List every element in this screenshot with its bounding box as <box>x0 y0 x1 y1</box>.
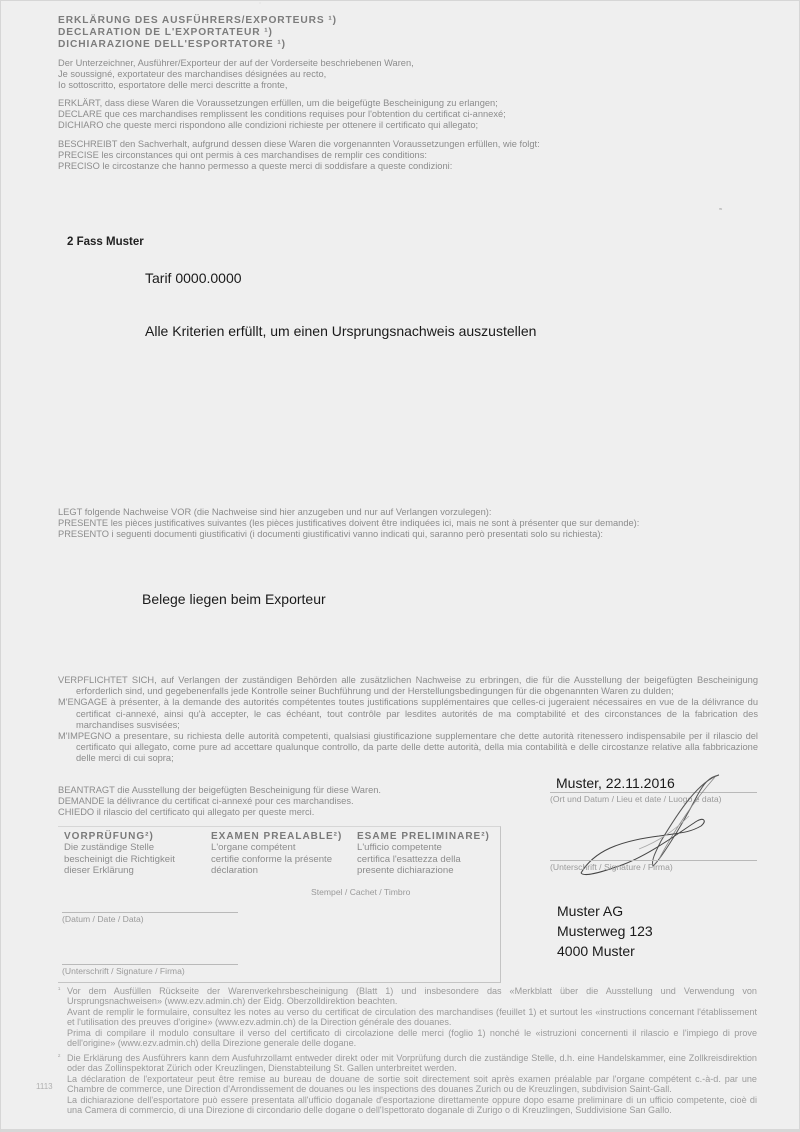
preliminary-text-line: dieser Erklärung <box>64 865 204 877</box>
requests-fr: DEMANDE la délivrance du certificat ci-a… <box>58 796 381 807</box>
intro-text: Der Unterzeichner, Ausführer/Exporteur d… <box>58 58 414 92</box>
preliminary-title-de: VORPRÜFUNG²) <box>64 831 204 842</box>
preliminary-exam-box: VORPRÜFUNG²) Die zuständige Stelle besch… <box>58 826 501 983</box>
preliminary-title-fr: EXAMEN PREALABLE²) <box>211 831 351 842</box>
intro-fr: Je soussigné, exportateur des marchandis… <box>58 69 414 80</box>
describes-text: BESCHREIBT den Sachverhalt, aufgrund des… <box>58 139 540 173</box>
footnote-1: ¹ Vor dem Ausfüllen Rückseite der Warenv… <box>67 986 757 1048</box>
signature-line <box>550 860 757 861</box>
address-city: 4000 Muster <box>557 941 653 961</box>
preliminary-text-line: bescheinigt die Richtigkeit <box>64 854 204 866</box>
preliminary-title-it: ESAME PRELIMINARE²) <box>357 831 497 842</box>
evidence-intro-it: PRESENTO i seguenti documenti giustifica… <box>58 529 639 540</box>
preliminary-text-line: L'ufficio competente <box>357 842 497 854</box>
describes-fr: PRECISE les circonstances qui ont permis… <box>58 150 540 161</box>
signature-caption: (Unterschrift / Signature / Firma) <box>550 862 673 872</box>
footnote-mark: ² <box>58 1053 60 1063</box>
preliminary-text-line: déclaration <box>211 865 351 877</box>
preliminary-text-line: L'organe compétent <box>211 842 351 854</box>
footnote-2-it: La dichiarazione dell'esportatore può es… <box>67 1095 757 1116</box>
intro-it: Io sottoscritto, esportatore delle merci… <box>58 80 414 91</box>
preliminary-text-line: certifica l'esattezza della <box>357 854 497 866</box>
declares-de: ERKLÄRT, dass diese Waren die Voraussetz… <box>58 98 506 109</box>
box-signature-line <box>62 964 238 965</box>
form-page: ˈ ERKLÄRUNG DES AUSFÜHRERS/EXPORTEURS ¹)… <box>0 0 800 1132</box>
requests-de: BEANTRAGT die Ausstellung der beigefügte… <box>58 785 381 796</box>
evidence-intro-de: LEGT folgende Nachweise VOR (die Nachwei… <box>58 507 639 518</box>
footnote-1-it: Prima di compilare il modulo consultare … <box>67 1028 757 1049</box>
evidence-field[interactable]: Belege liegen beim Exporteur <box>142 591 326 607</box>
goods-field[interactable]: 2 Fass Muster <box>67 236 144 248</box>
footnote-1-fr: Avant de remplir le formulaire, consulte… <box>67 1007 757 1028</box>
address-street: Musterweg 123 <box>557 921 653 941</box>
address-company: Muster AG <box>557 901 653 921</box>
describes-it: PRECISO le circostanze che hanno permess… <box>58 161 540 172</box>
preliminary-text-line: certifie conforme la présente <box>211 854 351 866</box>
undertakes-it: M'IMPEGNO a presentare, su richiesta del… <box>58 731 758 765</box>
box-date-line <box>62 912 238 913</box>
title-it: DICHIARAZIONE DELL'ESPORTATORE ¹) <box>58 39 337 51</box>
form-code: 1113 <box>36 1082 53 1091</box>
preliminary-col-it: ESAME PRELIMINARE²) L'ufficio competente… <box>357 831 497 877</box>
preliminary-text-line: Die zuständige Stelle <box>64 842 204 854</box>
criteria-field[interactable]: Alle Kriterien erfüllt, um einen Ursprun… <box>145 323 536 339</box>
tariff-field[interactable]: Tarif 0000.0000 <box>145 270 242 286</box>
footnote-mark: ¹ <box>58 986 60 996</box>
footnote-2-de: Die Erklärung des Ausführers kann dem Au… <box>67 1053 757 1074</box>
title-fr: DECLARATION DE L'EXPORTATEUR ¹) <box>58 27 337 39</box>
title-de: ERKLÄRUNG DES AUSFÜHRERS/EXPORTEURS ¹) <box>58 15 337 27</box>
footnote-2-fr: La déclaration de l'exportateur peut êtr… <box>67 1074 757 1095</box>
footnote-1-de: Vor dem Ausfüllen Rückseite der Warenver… <box>67 986 757 1007</box>
declares-fr: DECLARE que ces marchandises remplissent… <box>58 109 506 120</box>
declares-it: DICHIARO che queste merci rispondono all… <box>58 120 506 131</box>
footnote-2: ² Die Erklärung des Ausführers kann dem … <box>67 1053 757 1115</box>
registration-mark: ˈ <box>259 3 261 9</box>
scan-mark: ≈ <box>719 207 722 213</box>
box-date-caption: (Datum / Date / Data) <box>62 914 144 924</box>
requests-text: BEANTRAGT die Ausstellung der beigefügte… <box>58 785 381 819</box>
exporter-address[interactable]: Muster AG Musterweg 123 4000 Muster <box>557 901 653 961</box>
undertakes-de: VERPFLICHTET SICH, auf Verlangen der zus… <box>58 675 758 697</box>
requests-it: CHIEDO il rilascio del certificato qui a… <box>58 807 381 818</box>
preliminary-col-fr: EXAMEN PREALABLE²) L'organe compétent ce… <box>211 831 351 877</box>
undertakes-fr: M'ENGAGE à présenter, à la demande des a… <box>58 697 758 731</box>
intro-de: Der Unterzeichner, Ausführer/Exporteur d… <box>58 58 414 69</box>
describes-de: BESCHREIBT den Sachverhalt, aufgrund des… <box>58 139 540 150</box>
preliminary-col-de: VORPRÜFUNG²) Die zuständige Stelle besch… <box>64 831 204 877</box>
stamp-caption: Stempel / Cachet / Timbro <box>311 887 410 897</box>
undertakes-text: VERPFLICHTET SICH, auf Verlangen der zus… <box>58 675 758 765</box>
box-signature-caption: (Unterschrift / Signature / Firma) <box>62 966 185 976</box>
preliminary-text-line: presente dichiarazione <box>357 865 497 877</box>
declares-text: ERKLÄRT, dass diese Waren die Voraussetz… <box>58 98 506 132</box>
evidence-intro-text: LEGT folgende Nachweise VOR (die Nachwei… <box>58 507 639 541</box>
evidence-intro-fr: PRESENTE les pièces justificatives suiva… <box>58 518 639 529</box>
form-title: ERKLÄRUNG DES AUSFÜHRERS/EXPORTEURS ¹) D… <box>58 15 337 51</box>
